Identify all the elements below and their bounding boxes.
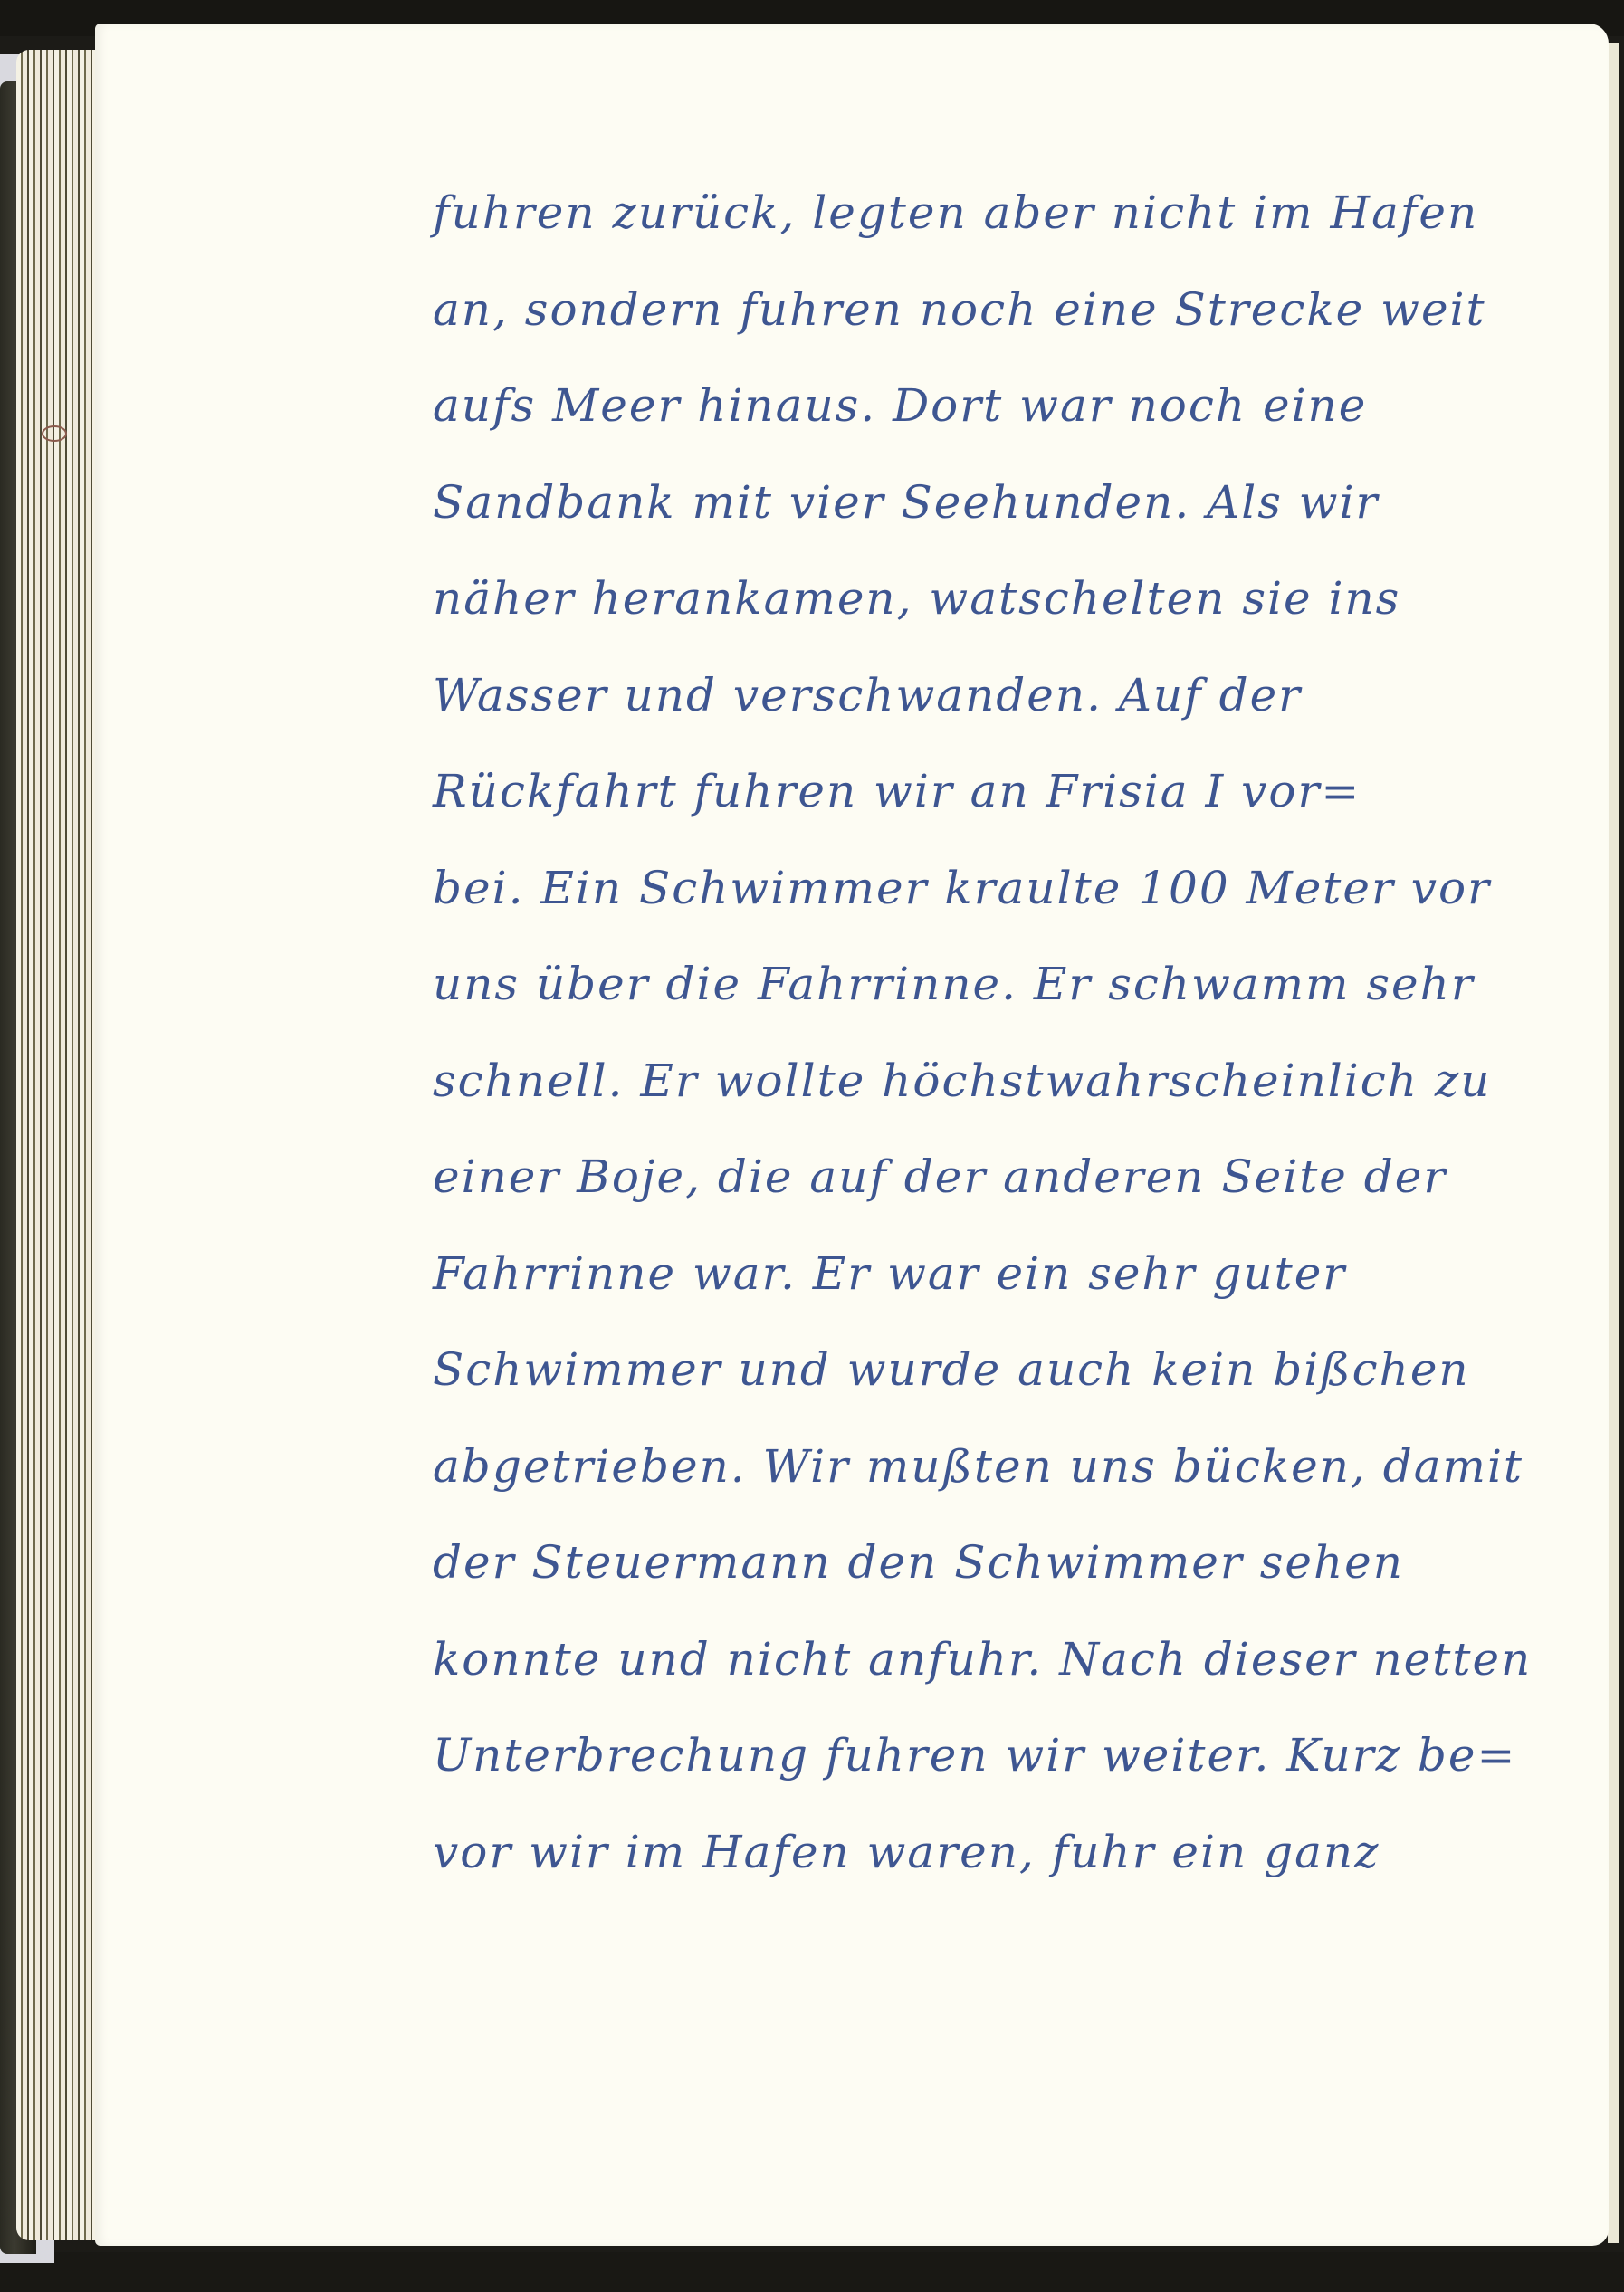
text-line-9: uns über die Fahrrinne. Er schwamm sehr <box>433 957 1610 1054</box>
text-line-15: der Steuermann den Schwimmer sehen <box>433 1535 1610 1632</box>
handwritten-text: fuhren zurück, legten aber nicht im Hafe… <box>433 186 1610 1921</box>
text-line-10: schnell. Er wollte höchstwahrscheinlich … <box>433 1054 1610 1151</box>
text-line-6: Wasser und verschwanden. Auf der <box>433 668 1610 765</box>
text-line-1: fuhren zurück, legten aber nicht im Hafe… <box>433 186 1610 282</box>
text-line-8: bei. Ein Schwimmer kraulte 100 Meter vor <box>433 861 1610 958</box>
text-line-12: Fahrrinne war. Er war ein sehr guter <box>433 1246 1610 1343</box>
scan-background-bottom <box>0 2252 1624 2292</box>
bookmark-thread <box>42 425 67 442</box>
text-line-2: an, sondern fuhren noch eine Strecke wei… <box>433 282 1610 379</box>
text-line-5: näher herankamen, watschelten sie ins <box>433 571 1610 668</box>
text-line-7: Rückfahrt fuhren wir an Frisia I vor= <box>433 764 1610 861</box>
text-line-18: vor wir im Hafen waren, fuhr ein ganz <box>433 1825 1610 1922</box>
text-line-14: abgetrieben. Wir mußten uns bücken, dami… <box>433 1439 1610 1536</box>
text-line-3: aufs Meer hinaus. Dort war noch eine <box>433 378 1610 475</box>
text-line-16: konnte und nicht anfuhr. Nach dieser net… <box>433 1632 1610 1729</box>
text-line-4: Sandbank mit vier Seehunden. Als wir <box>433 475 1610 572</box>
page-stack-edges <box>16 50 98 2240</box>
text-line-13: Schwimmer und wurde auch kein bißchen <box>433 1342 1610 1439</box>
text-line-11: einer Boje, die auf der anderen Seite de… <box>433 1150 1610 1246</box>
text-line-17: Unterbrechung fuhren wir weiter. Kurz be… <box>433 1728 1610 1825</box>
